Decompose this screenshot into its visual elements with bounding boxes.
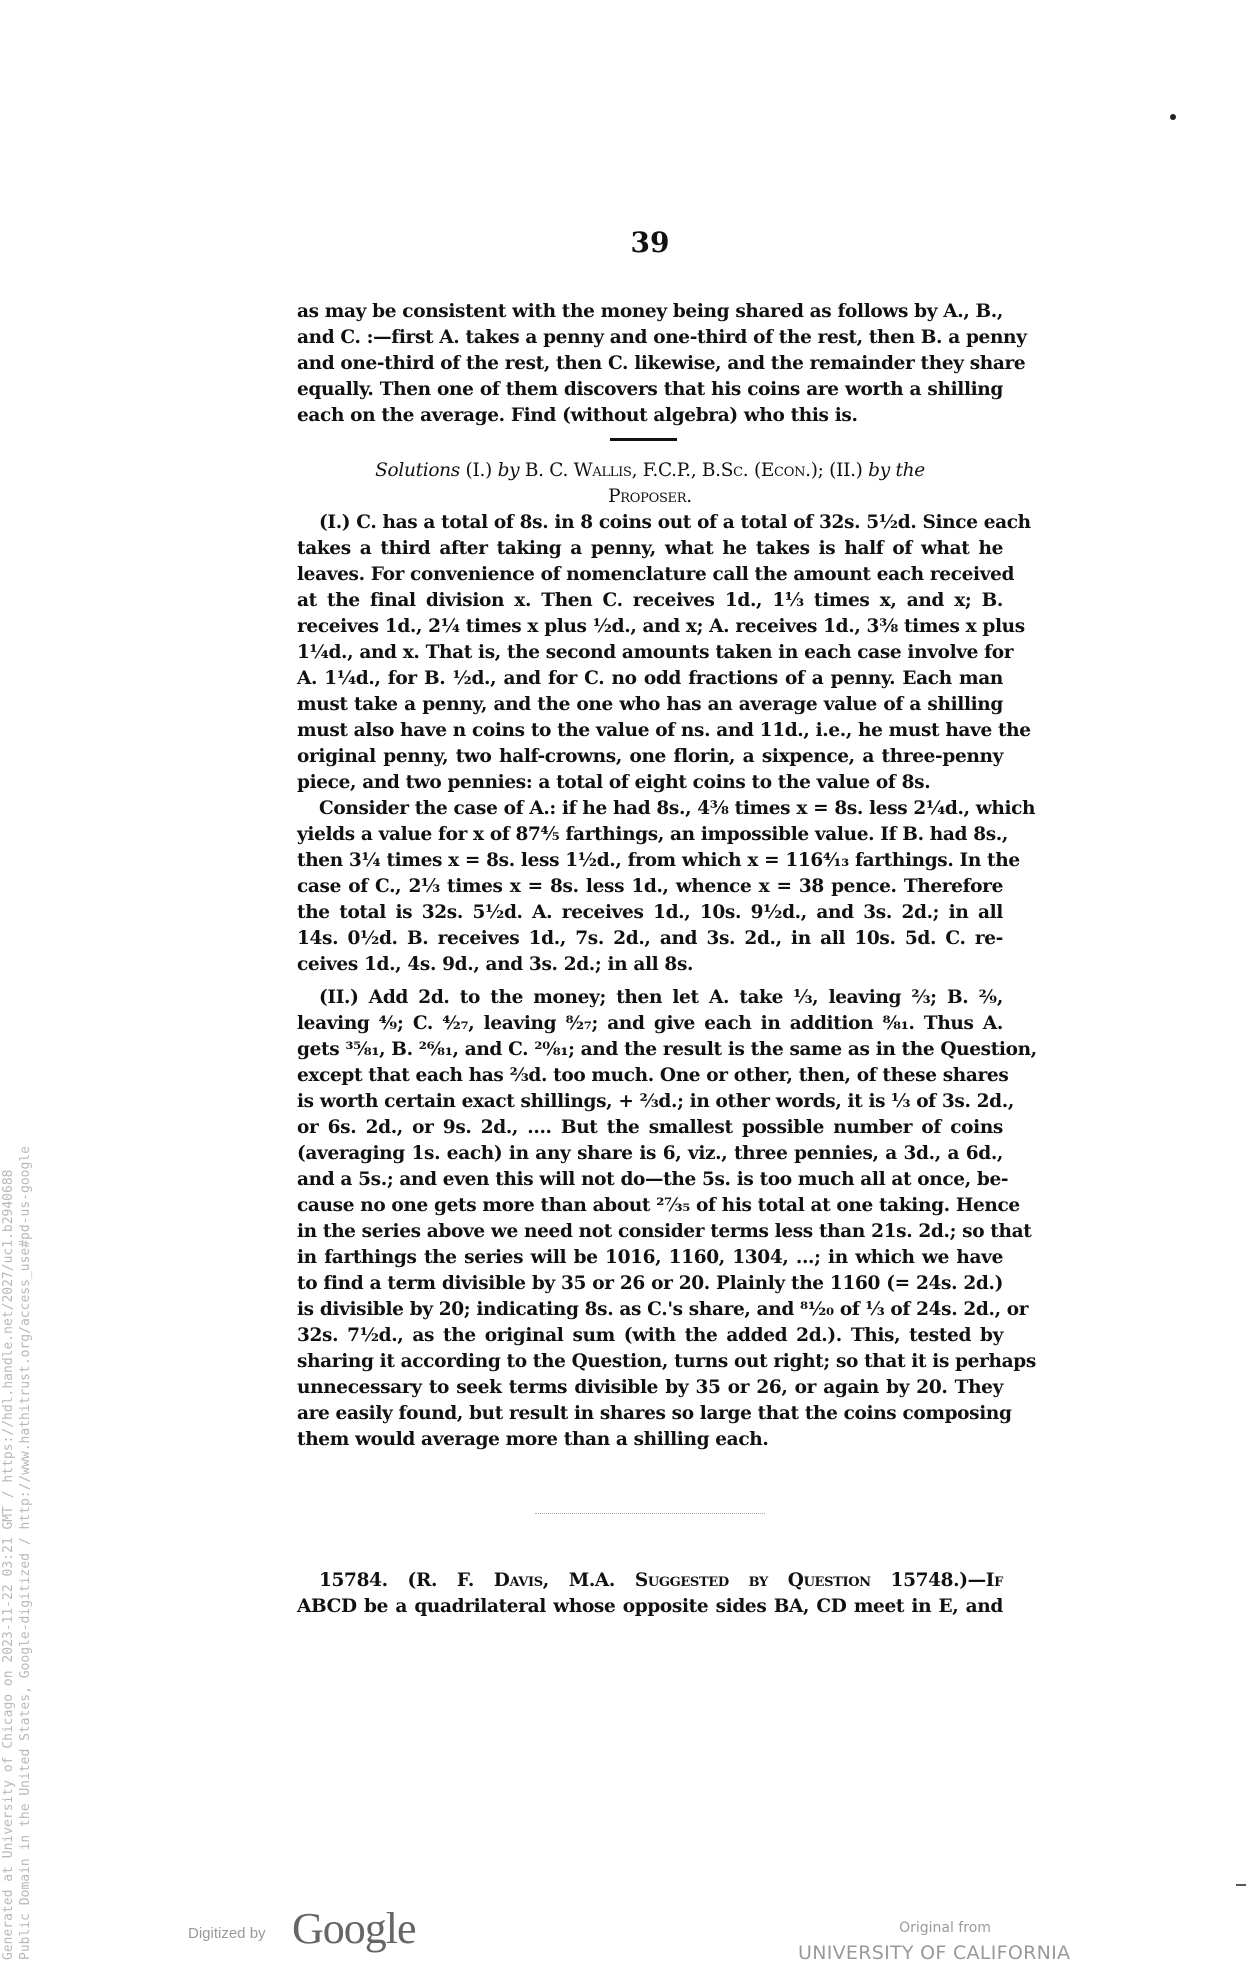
text-line: cause no one gets more than about ²⁷⁄₃₅ …: [297, 1193, 1003, 1219]
scanned-book-page: 39 as may be consistent with the money b…: [0, 0, 1252, 1978]
text-line: then 3¼ times x = 8s. less 1½d., from wh…: [297, 848, 1003, 874]
solution-two: (II.) Add 2d. to the money; then let A. …: [297, 985, 1003, 1453]
text-line: except that each has ⅔d. too much. One o…: [297, 1063, 1003, 1089]
text-line: as may be consistent with the money bein…: [297, 299, 1003, 325]
next-question: 15784. (R. F. Davis, M.A. Suggested by Q…: [297, 1568, 1003, 1620]
text-line: must take a penny, and the one who has a…: [297, 692, 1003, 718]
text-line: Consider the case of A.: if he had 8s., …: [297, 796, 1003, 822]
digitized-by-label: Digitized by: [188, 1925, 266, 1942]
question-continuation: as may be consistent with the money bein…: [297, 299, 1003, 429]
hathitrust-watermark: Generated at University of Chicago on 20…: [0, 1146, 34, 1960]
question-first-line: 15784. (R. F. Davis, M.A. Suggested by Q…: [297, 1568, 1003, 1594]
by-the-label: by the: [868, 460, 925, 481]
text-line: is worth certain exact shillings, + ⅔d.;…: [297, 1089, 1003, 1115]
scan-edge-mark: [1236, 1884, 1246, 1886]
text-line: sharing it according to the Question, tu…: [297, 1349, 1003, 1375]
text-line: 1¼d., and x. That is, the second amounts…: [297, 640, 1003, 666]
text-line: in the series above we need not consider…: [297, 1219, 1003, 1245]
text-line: leaves. For convenience of nomenclature …: [297, 562, 1003, 588]
text-line: takes a third after taking a penny, what…: [297, 536, 1003, 562]
solution-one: (I.) C. has a total of 8s. in 8 coins ou…: [297, 510, 1003, 978]
text-line: leaving ⁴⁄₉; C. ⁴⁄₂₇, leaving ⁸⁄₂₇; and …: [297, 1011, 1003, 1037]
faint-separator: [535, 1513, 765, 1514]
solutions-label: Solutions: [375, 460, 460, 481]
text-line: each on the average. Find (without algeb…: [297, 403, 1003, 429]
text-line: at the final division x. Then C. receive…: [297, 588, 1003, 614]
text-line: is divisible by 20; indicating 8s. as C.…: [297, 1297, 1003, 1323]
text-line: unnecessary to seek terms divisible by 3…: [297, 1375, 1003, 1401]
text-line: A. 1¼d., for B. ½d., and for C. no odd f…: [297, 666, 1003, 692]
text-line: (averaging 1s. each) in any share is 6, …: [297, 1141, 1003, 1167]
by-label: by: [498, 460, 520, 481]
text-line: equally. Then one of them discovers that…: [297, 377, 1003, 403]
watermark-line-1: Generated at University of Chicago on 20…: [0, 1146, 17, 1960]
text-line: or 6s. 2d., or 9s. 2d., .... But the sma…: [297, 1115, 1003, 1141]
author-one: B. C. Wallis, F.C.P., B.Sc. (Econ.); (II…: [519, 460, 868, 481]
original-from-label: Original from: [820, 1920, 1070, 1936]
page-number: 39: [620, 226, 680, 259]
text-line: ABCD be a quadrilateral whose opposite s…: [297, 1594, 1003, 1620]
scan-speck: [1170, 114, 1176, 120]
text-line: case of C., 2⅓ times x = 8s. less 1d., w…: [297, 874, 1003, 900]
text-line: receives 1d., 2¼ times x plus ½d., and x…: [297, 614, 1003, 640]
text-line: to find a term divisible by 35 or 26 or …: [297, 1271, 1003, 1297]
text-line: 32s. 7½d., as the original sum (with the…: [297, 1323, 1003, 1349]
text-line: (II.) Add 2d. to the money; then let A. …: [297, 985, 1003, 1011]
text-line: must also have n coins to the value of n…: [297, 718, 1003, 744]
university-label: UNIVERSITY OF CALIFORNIA: [798, 1942, 1070, 1964]
text-line: and one-third of the rest, then C. likew…: [297, 351, 1003, 377]
text-line: yields a value for x of 87⅘ farthings, a…: [297, 822, 1003, 848]
section-divider: [610, 438, 677, 441]
question-number: 15784.: [319, 1570, 388, 1591]
text-line: the total is 32s. 5½d. A. receives 1d., …: [297, 900, 1003, 926]
part-one-label: (I.): [460, 460, 498, 481]
text-line: in farthings the series will be 1016, 11…: [297, 1245, 1003, 1271]
solutions-heading: Solutions (I.) by B. C. Wallis, F.C.P., …: [297, 458, 1003, 484]
text-line: gets ³⁵⁄₈₁, B. ²⁶⁄₈₁, and C. ²⁰⁄₈₁; and …: [297, 1037, 1003, 1063]
text-line: 14s. 0½d. B. receives 1d., 7s. 2d., and …: [297, 926, 1003, 952]
question-attribution: (R. F. Davis, M.A. Suggested by Question…: [388, 1570, 1003, 1591]
text-line: ceives 1d., 4s. 9d., and 3s. 2d.; in all…: [297, 952, 1003, 978]
google-logo: Google: [292, 1903, 416, 1954]
text-line: are easily found, but result in shares s…: [297, 1401, 1003, 1427]
text-line: original penny, two half-crowns, one flo…: [297, 744, 1003, 770]
watermark-line-2: Public Domain in the United States, Goog…: [17, 1146, 34, 1960]
proposer-label: Proposer.: [297, 484, 1003, 510]
text-line: piece, and two pennies: a total of eight…: [297, 770, 1003, 796]
text-line: and C. :—first A. takes a penny and one-…: [297, 325, 1003, 351]
text-line: and a 5s.; and even this will not do—the…: [297, 1167, 1003, 1193]
text-line: them would average more than a shilling …: [297, 1427, 1003, 1453]
text-line: (I.) C. has a total of 8s. in 8 coins ou…: [297, 510, 1003, 536]
